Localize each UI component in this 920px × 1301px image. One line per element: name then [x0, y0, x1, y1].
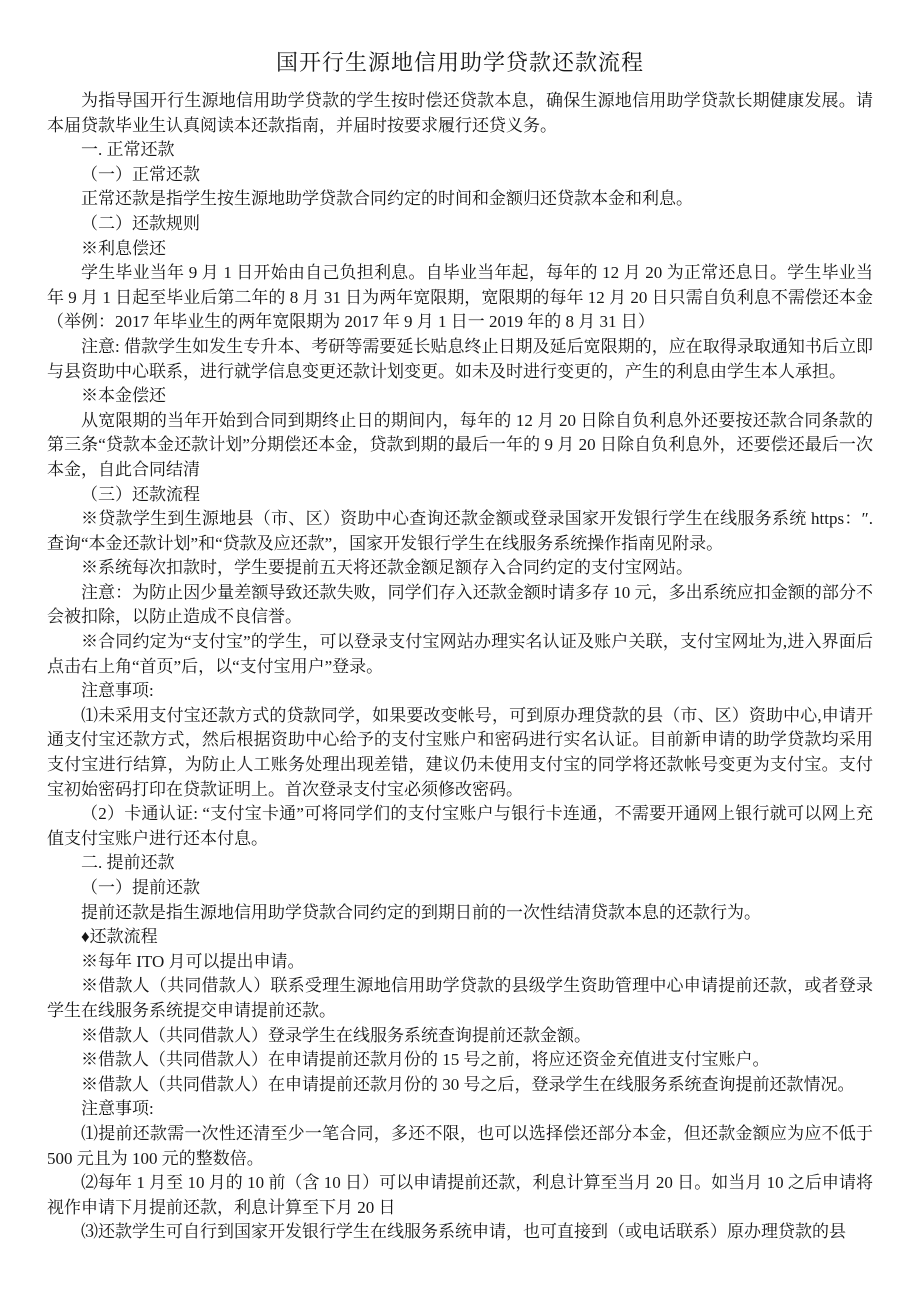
paragraph-note: 注意：为防止因少量差额导致还款失败，同学们存入还款金额时请多存 10 元，多出系…	[47, 581, 873, 630]
subheading-notes: 注意事项:	[47, 1097, 873, 1122]
subheading-notes: 注意事项:	[47, 679, 873, 704]
paragraph: ※借款人（共同借款人）在申请提前还款月份的 30 号之后，登录学生在线服务系统查…	[47, 1073, 873, 1098]
heading-1-2: （二）还款规则	[47, 212, 873, 237]
paragraph: 学生毕业当年 9 月 1 日开始由自己负担利息。自毕业当年起，每年的 12 月 …	[47, 261, 873, 335]
paragraph-note-item-2: ⑵每年 1 月至 10 月的 10 前（含 10 日）可以申请提前还款，利息计算…	[47, 1171, 873, 1220]
paragraph-note-item-3: ⑶还款学生可自行到国家开发银行学生在线服务系统申请，也可直接到（或电话联系）原办…	[47, 1220, 873, 1245]
paragraph: 提前还款是指生源地信用助学贷款合同约定的到期日前的一次性结清贷款本息的还款行为。	[47, 901, 873, 926]
subheading-repayment-process: ♦还款流程	[47, 925, 873, 950]
heading-section-2: 二. 提前还款	[47, 851, 873, 876]
document-page: 国开行生源地信用助学贷款还款流程 为指导国开行生源地信用助学贷款的学生按时偿还贷…	[0, 0, 920, 1301]
paragraph: ※每年 ITO 月可以提出申请。	[47, 950, 873, 975]
document-title: 国开行生源地信用助学贷款还款流程	[47, 50, 873, 76]
paragraph: ※系统每次扣款时，学生要提前五天将还款金额足额存入合同约定的支付宝网站。	[47, 556, 873, 581]
paragraph-note: 注意: 借款学生如发生专升本、考研等需要延长贴息终止日期及延后宽限期的，应在取得…	[47, 335, 873, 384]
paragraph: 正常还款是指学生按生源地助学贷款合同约定的时间和金额归还贷款本金和利息。	[47, 187, 873, 212]
paragraph-note-item-1: ⑴提前还款需一次性还清至少一笔合同，多还不限，也可以选择偿还部分本金，但还款金额…	[47, 1122, 873, 1171]
paragraph: ※借款人（共同借款人）在申请提前还款月份的 15 号之前，将应还资金充值进支付宝…	[47, 1048, 873, 1073]
heading-section-1: 一. 正常还款	[47, 138, 873, 163]
paragraph-note-item-1: ⑴未采用支付宝还款方式的贷款同学，如果要改变帐号，可到原办理贷款的县（市、区）资…	[47, 704, 873, 802]
paragraph: ※贷款学生到生源地县（市、区）资助中心查询还款金额或登录国家开发银行学生在线服务…	[47, 507, 873, 556]
heading-2-1: （一）提前还款	[47, 876, 873, 901]
subheading-interest-repayment: ※利息偿还	[47, 237, 873, 262]
heading-1-3: （三）还款流程	[47, 483, 873, 508]
paragraph: ※借款人（共同借款人）登录学生在线服务系统查询提前还款金额。	[47, 1024, 873, 1049]
subheading-principal-repayment: ※本金偿还	[47, 384, 873, 409]
paragraph: ※合同约定为“支付宝”的学生，可以登录支付宝网站办理实名认证及账户关联，支付宝网…	[47, 630, 873, 679]
paragraph: 从宽限期的当年开始到合同到期终止日的期间内，每年的 12 月 20 日除自负利息…	[47, 409, 873, 483]
paragraph: ※借款人（共同借款人）联系受理生源地信用助学贷款的县级学生资助管理中心申请提前还…	[47, 974, 873, 1023]
paragraph-intro: 为指导国开行生源地信用助学贷款的学生按时偿还贷款本息，确保生源地信用助学贷款长期…	[47, 89, 873, 138]
paragraph-note-item-2: （2）卡通认证: “支付宝卡通”可将同学们的支付宝账户与银行卡连通，不需要开通网…	[47, 802, 873, 851]
document-body: 为指导国开行生源地信用助学贷款的学生按时偿还贷款本息，确保生源地信用助学贷款长期…	[47, 89, 873, 1245]
heading-1-1: （一）正常还款	[47, 163, 873, 188]
